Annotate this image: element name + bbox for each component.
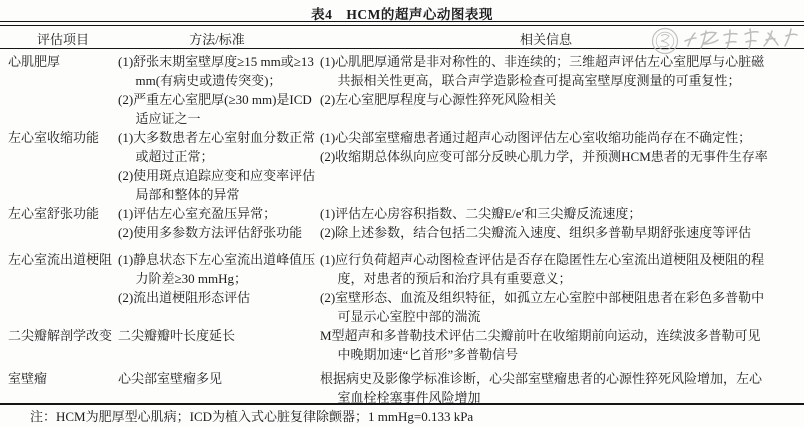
method-point: (1)舒张末期室壁厚度≥15 mm或≥13 mm(有病史或遗传突变)； xyxy=(118,52,316,90)
table-top-rule-outer xyxy=(0,21,804,22)
info-point: (2)收缩期总体纵向应变可部分反映心肌力学，并预测HCM患者的无事件生存率 xyxy=(320,147,772,166)
method-point: (2)使用斑点追踪应变和应变率评估局部和整体的异常 xyxy=(118,166,316,204)
method-point: (1)静息状态下左心室流出道峰值压力阶差≥30 mmHg； xyxy=(118,250,316,288)
info-cell: (1)心尖部室壁瘤患者通过超声心动图评估左心室收缩功能尚存在不确定性； (2)收… xyxy=(320,128,772,166)
method-point: (2)严重左心室肥厚(≥30 mm)是ICD适应证之一 xyxy=(118,90,316,128)
info-cell: (1)心肌肥厚通常是非对称性的、非连续的；三维超声评估左心室肥厚与心脏磁共振相关… xyxy=(320,52,772,109)
table-footnote: 注：HCM为肥厚型心肌病；ICD为植入式心脏复律除颤器；1 mmHg=0.133… xyxy=(30,408,473,425)
header-related-info: 相关信息 xyxy=(320,29,772,48)
method-point: (2)流出道梗阻形态评估 xyxy=(118,288,316,307)
assessment-item: 心肌肥厚 xyxy=(8,52,116,71)
info-point: (1)应行负荷超声心动图检查评估是否存在隐匿性左心室流出道梗阻及梗阻的程度，对患… xyxy=(320,250,772,288)
header-assessment-item: 评估项目 xyxy=(8,29,118,48)
method-cell: 二尖瓣瓣叶长度延长 xyxy=(118,326,316,345)
assessment-item: 室壁瘤 xyxy=(8,369,116,388)
header-method-criteria: 方法/标准 xyxy=(118,29,316,48)
info-cell: M型超声和多普勒技术评估二尖瓣前叶在收缩期前向运动，连续波多普勒可见中晚期加速“… xyxy=(320,326,772,364)
method-cell: (1)舒张末期室壁厚度≥15 mm或≥13 mm(有病史或遗传突变)； (2)严… xyxy=(118,52,316,128)
info-point: (1)心尖部室壁瘤患者通过超声心动图评估左心室收缩功能尚存在不确定性； xyxy=(320,128,772,147)
method-cell: (1)大多数患者左心室射血分数正常或超过正常； (2)使用斑点追踪应变和应变率评… xyxy=(118,128,316,204)
method-point: (1)评估左心室充盈压异常； xyxy=(118,204,316,223)
table-caption: 表4 HCM的超声心动图表现 xyxy=(0,3,804,23)
assessment-item: 左心室舒张功能 xyxy=(8,204,116,223)
method-point: (2)使用多参数方法评估舒张功能 xyxy=(118,223,316,242)
info-point: (1)评估左心房容积指数、二尖瓣E/e′和三尖瓣反流速度； xyxy=(320,204,772,223)
info-cell: 根据病史及影像学标准诊断，心尖部室壁瘤患者的心源性猝死风险增加，左心室血栓栓塞事… xyxy=(320,369,772,407)
info-cell: (1)应行负荷超声心动图检查评估是否存在隐匿性左心室流出道梗阻及梗阻的程度，对患… xyxy=(320,250,772,326)
header-rule xyxy=(0,48,804,49)
method-point: (1)大多数患者左心室射血分数正常或超过正常； xyxy=(118,128,316,166)
info-point: (2)左心室肥厚程度与心源性猝死风险相关 xyxy=(320,90,772,109)
info-point: 根据病史及影像学标准诊断，心尖部室壁瘤患者的心源性猝死风险增加，左心室血栓栓塞事… xyxy=(320,369,772,407)
info-point: (2)室壁形态、血流及组织特征，如孤立左心室腔中部梗阻患者在彩色多普勒中可显示心… xyxy=(320,288,772,326)
method-cell: (1)静息状态下左心室流出道峰值压力阶差≥30 mmHg； (2)流出道梗阻形态… xyxy=(118,250,316,307)
info-cell: (1)评估左心房容积指数、二尖瓣E/e′和三尖瓣反流速度； (2)除上述参数，结… xyxy=(320,204,772,242)
table-top-rule-inner xyxy=(0,25,804,26)
info-point: M型超声和多普勒技术评估二尖瓣前叶在收缩期前向运动，连续波多普勒可见中晚期加速“… xyxy=(320,326,772,364)
assessment-item: 左心室流出道梗阻 xyxy=(8,250,116,269)
journal-table-page: 表4 HCM的超声心动图表现 评估项目 方法/标准 相关信息 xyxy=(0,0,804,427)
assessment-item: 左心室收缩功能 xyxy=(8,128,116,147)
assessment-item: 二尖瓣解剖学改变 xyxy=(8,326,116,345)
method-point: 二尖瓣瓣叶长度延长 xyxy=(118,326,316,345)
info-point: (2)除上述参数，结合包括二尖瓣流入速度、组织多普勒早期舒张速度等评估 xyxy=(320,223,772,242)
method-cell: 心尖部室壁瘤多见 xyxy=(118,369,316,388)
method-cell: (1)评估左心室充盈压异常； (2)使用多参数方法评估舒张功能 xyxy=(118,204,316,242)
method-point: 心尖部室壁瘤多见 xyxy=(118,369,316,388)
info-point: (1)心肌肥厚通常是非对称性的、非连续的；三维超声评估左心室肥厚与心脏磁共振相关… xyxy=(320,52,772,90)
